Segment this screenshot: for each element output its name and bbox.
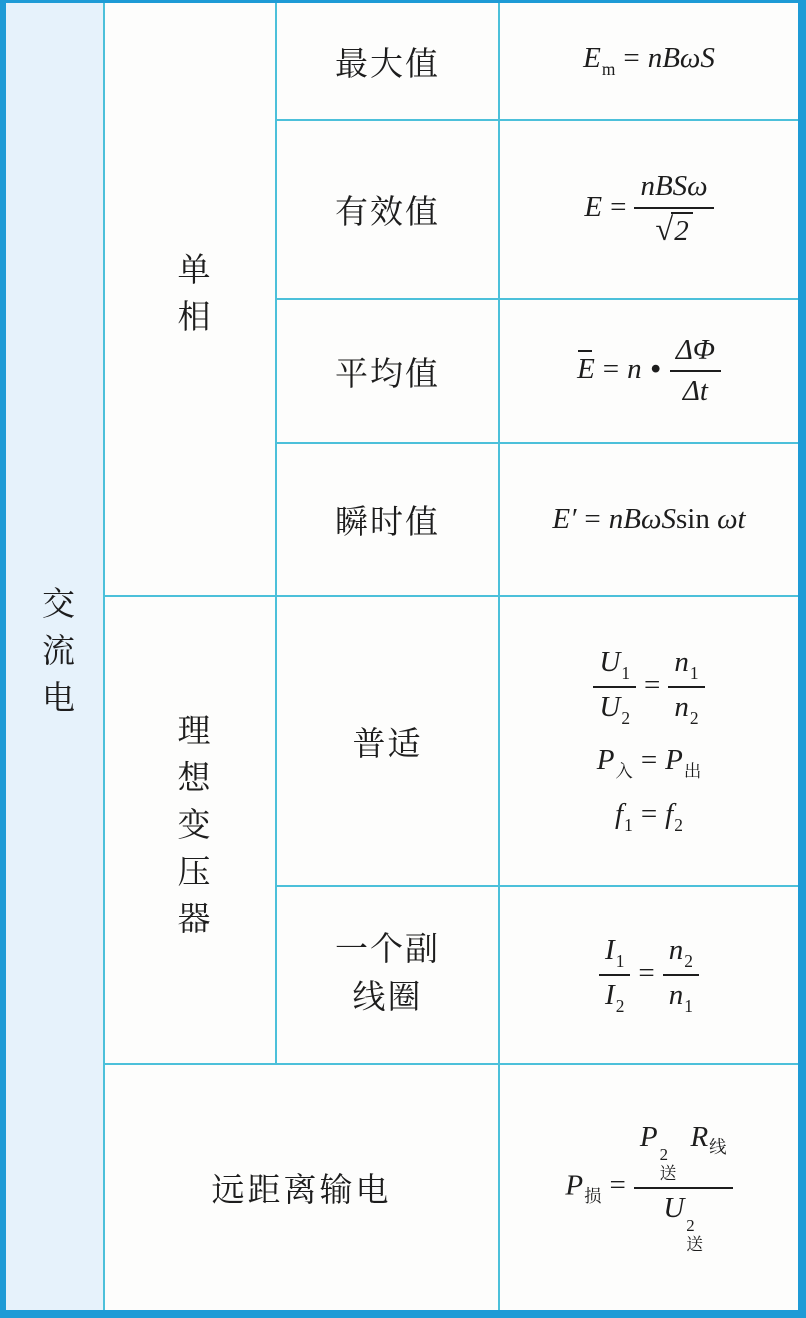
formula-current-ratio: I1I2=n2n1: [599, 934, 699, 1016]
row-label-avg-text: 平均值: [335, 348, 440, 395]
denominator-dt: Δt: [670, 370, 721, 408]
row-label-universal: 普适: [277, 597, 498, 885]
row-label-rms: 有效值: [277, 121, 498, 298]
row-label-avg: 平均值: [277, 300, 498, 442]
formula-frequency-equality: f1=f2: [615, 798, 683, 836]
row-label-universal-text: 普适: [353, 718, 423, 765]
sin-function: sin: [676, 503, 710, 535]
formula-avg-expr: E=n•ΔΦΔt: [577, 334, 721, 409]
denominator-n1: n1: [663, 974, 699, 1016]
formula-one-secondary: I1I2=n2n1: [500, 887, 798, 1063]
var-U: U: [663, 1192, 684, 1224]
denominator-U2: U2送: [634, 1187, 733, 1255]
formula-inst-expr: E′=nBωSsin ωt: [552, 503, 745, 536]
multiplication-dot: •: [642, 353, 670, 385]
var-R: R: [690, 1121, 708, 1153]
radicand-2: 2: [671, 212, 693, 247]
formula-line-loss: P损=P2送R线U2送: [500, 1065, 798, 1310]
formula-loss-expr: P损=P2送R线U2送: [565, 1121, 732, 1255]
equals-sign: =: [576, 503, 608, 535]
formula-table: 交流电 单相 理想变压器 远距离输电 最大值 有效值 平均值 瞬时值 普适: [0, 0, 806, 1318]
numerator-I1: I1: [599, 934, 630, 974]
sub-1: 1: [621, 663, 630, 683]
var-f: f: [665, 798, 673, 830]
sup-2: 2: [686, 1217, 694, 1236]
category-label: 交流电: [38, 586, 71, 727]
sub-2: 2: [690, 708, 699, 728]
category-cell: 交流电: [6, 3, 103, 1310]
sub-send: 送: [660, 1165, 677, 1184]
equals-sign: =: [615, 42, 647, 74]
sub-1: 1: [616, 951, 625, 971]
denominator-sqrt2: √2: [634, 207, 713, 249]
formula-average-value: E=n•ΔΦΔt: [500, 300, 798, 442]
fraction: I1I2: [599, 934, 630, 1016]
var-P: P: [665, 744, 683, 776]
one-secondary-line1: 一个副: [335, 927, 440, 975]
var-P: P: [597, 744, 615, 776]
var-E-prime: E′: [552, 503, 576, 535]
var-n: n: [627, 353, 642, 385]
one-secondary-line2: 线圈: [335, 975, 440, 1023]
expr-nBwS: nBωS: [609, 503, 676, 535]
group-single-phase: 单相: [105, 3, 275, 595]
numerator-n2: n2: [663, 934, 699, 974]
sub-loss: 损: [584, 1186, 601, 1206]
formula-max-value: Em=nBωS: [500, 3, 798, 119]
sub-line: 线: [709, 1137, 726, 1157]
var-U: U: [599, 646, 620, 678]
fraction: ΔΦΔt: [670, 334, 721, 409]
sub-m: m: [602, 59, 616, 79]
formula-max-expr: Em=nBωS: [583, 42, 715, 80]
sub-1: 1: [624, 815, 633, 835]
row-label-inst-text: 瞬时值: [335, 496, 440, 543]
group-ideal-transformer: 理想变压器: [105, 597, 275, 1063]
var-f: f: [615, 798, 623, 830]
group-single-phase-label: 单相: [174, 252, 207, 346]
formula-rms-expr: E=nBSω√2: [584, 170, 713, 249]
var-P: P: [565, 1169, 583, 1201]
fraction: n2n1: [663, 934, 699, 1016]
sub-2: 2: [674, 815, 683, 835]
equals-sign: =: [602, 191, 634, 223]
equals-sign: =: [636, 669, 668, 701]
var-n: n: [669, 934, 684, 966]
numerator-n1: n1: [668, 646, 704, 686]
var-E: E: [583, 42, 601, 74]
sub-2: 2: [621, 708, 630, 728]
equals-sign: =: [633, 798, 665, 830]
expr-nBwS: nBωS: [648, 42, 715, 74]
sup-sub-stack: 2送: [686, 1217, 703, 1255]
numerator-U1: U1: [593, 646, 636, 686]
sub-out: 出: [684, 761, 701, 781]
sub-1: 1: [690, 663, 699, 683]
sub-2: 2: [684, 951, 693, 971]
row-label-max-text: 最大值: [335, 38, 440, 85]
var-P: P: [640, 1121, 658, 1153]
row-label-rms-text: 有效值: [335, 186, 440, 233]
row-label-inst: 瞬时值: [277, 444, 498, 595]
denominator-n2: n2: [668, 686, 704, 728]
fraction: nBSω√2: [634, 170, 713, 249]
group-long-distance-label: 远距离输电: [212, 1164, 392, 1211]
equals-sign: =: [633, 744, 665, 776]
sub-in: 入: [615, 761, 632, 781]
var-n: n: [674, 691, 689, 723]
formula-rms-value: E=nBSω√2: [500, 121, 798, 298]
sub-send: 送: [686, 1236, 703, 1255]
fraction: n1n2: [668, 646, 704, 728]
table-grid: 交流电 单相 理想变压器 远距离输电 最大值 有效值 平均值 瞬时值 普适: [6, 3, 798, 1310]
denominator-U2: U2: [593, 686, 636, 728]
sub-1: 1: [684, 996, 693, 1016]
numerator-nBSw: nBSω: [634, 170, 713, 206]
sub-2: 2: [616, 996, 625, 1016]
formula-voltage-ratio: U1U2=n1n2: [593, 646, 704, 728]
numerator-dPhi: ΔΦ: [670, 334, 721, 370]
var-n: n: [674, 646, 689, 678]
row-label-max: 最大值: [277, 3, 498, 119]
formula-universal: U1U2=n1n2 P入=P出 f1=f2: [500, 597, 798, 885]
group-long-distance: 远距离输电: [105, 1065, 498, 1310]
sup-2: 2: [660, 1146, 668, 1165]
group-ideal-transformer-label: 理想变压器: [174, 713, 207, 948]
sup-sub-stack: 2送: [660, 1146, 677, 1184]
equals-sign: =: [595, 353, 627, 385]
var-E-bar: E: [577, 353, 595, 386]
numerator-P2R: P2送R线: [634, 1121, 733, 1187]
var-I: I: [605, 979, 615, 1011]
var-n: n: [669, 979, 684, 1011]
denominator-I2: I2: [599, 974, 630, 1016]
var-E: E: [584, 191, 602, 223]
equals-sign: =: [630, 957, 662, 989]
fraction: P2送R线U2送: [634, 1121, 733, 1255]
formula-power-equality: P入=P出: [597, 744, 702, 782]
row-label-one-secondary: 一个副 线圈: [277, 887, 498, 1063]
fraction: U1U2: [593, 646, 636, 728]
var-I: I: [605, 934, 615, 966]
row-label-one-secondary-text: 一个副 线圈: [335, 927, 440, 1023]
equals-sign: =: [602, 1169, 634, 1201]
var-U: U: [599, 691, 620, 723]
expr-wt: ωt: [717, 503, 746, 535]
formula-instantaneous-value: E′=nBωSsin ωt: [500, 444, 798, 595]
